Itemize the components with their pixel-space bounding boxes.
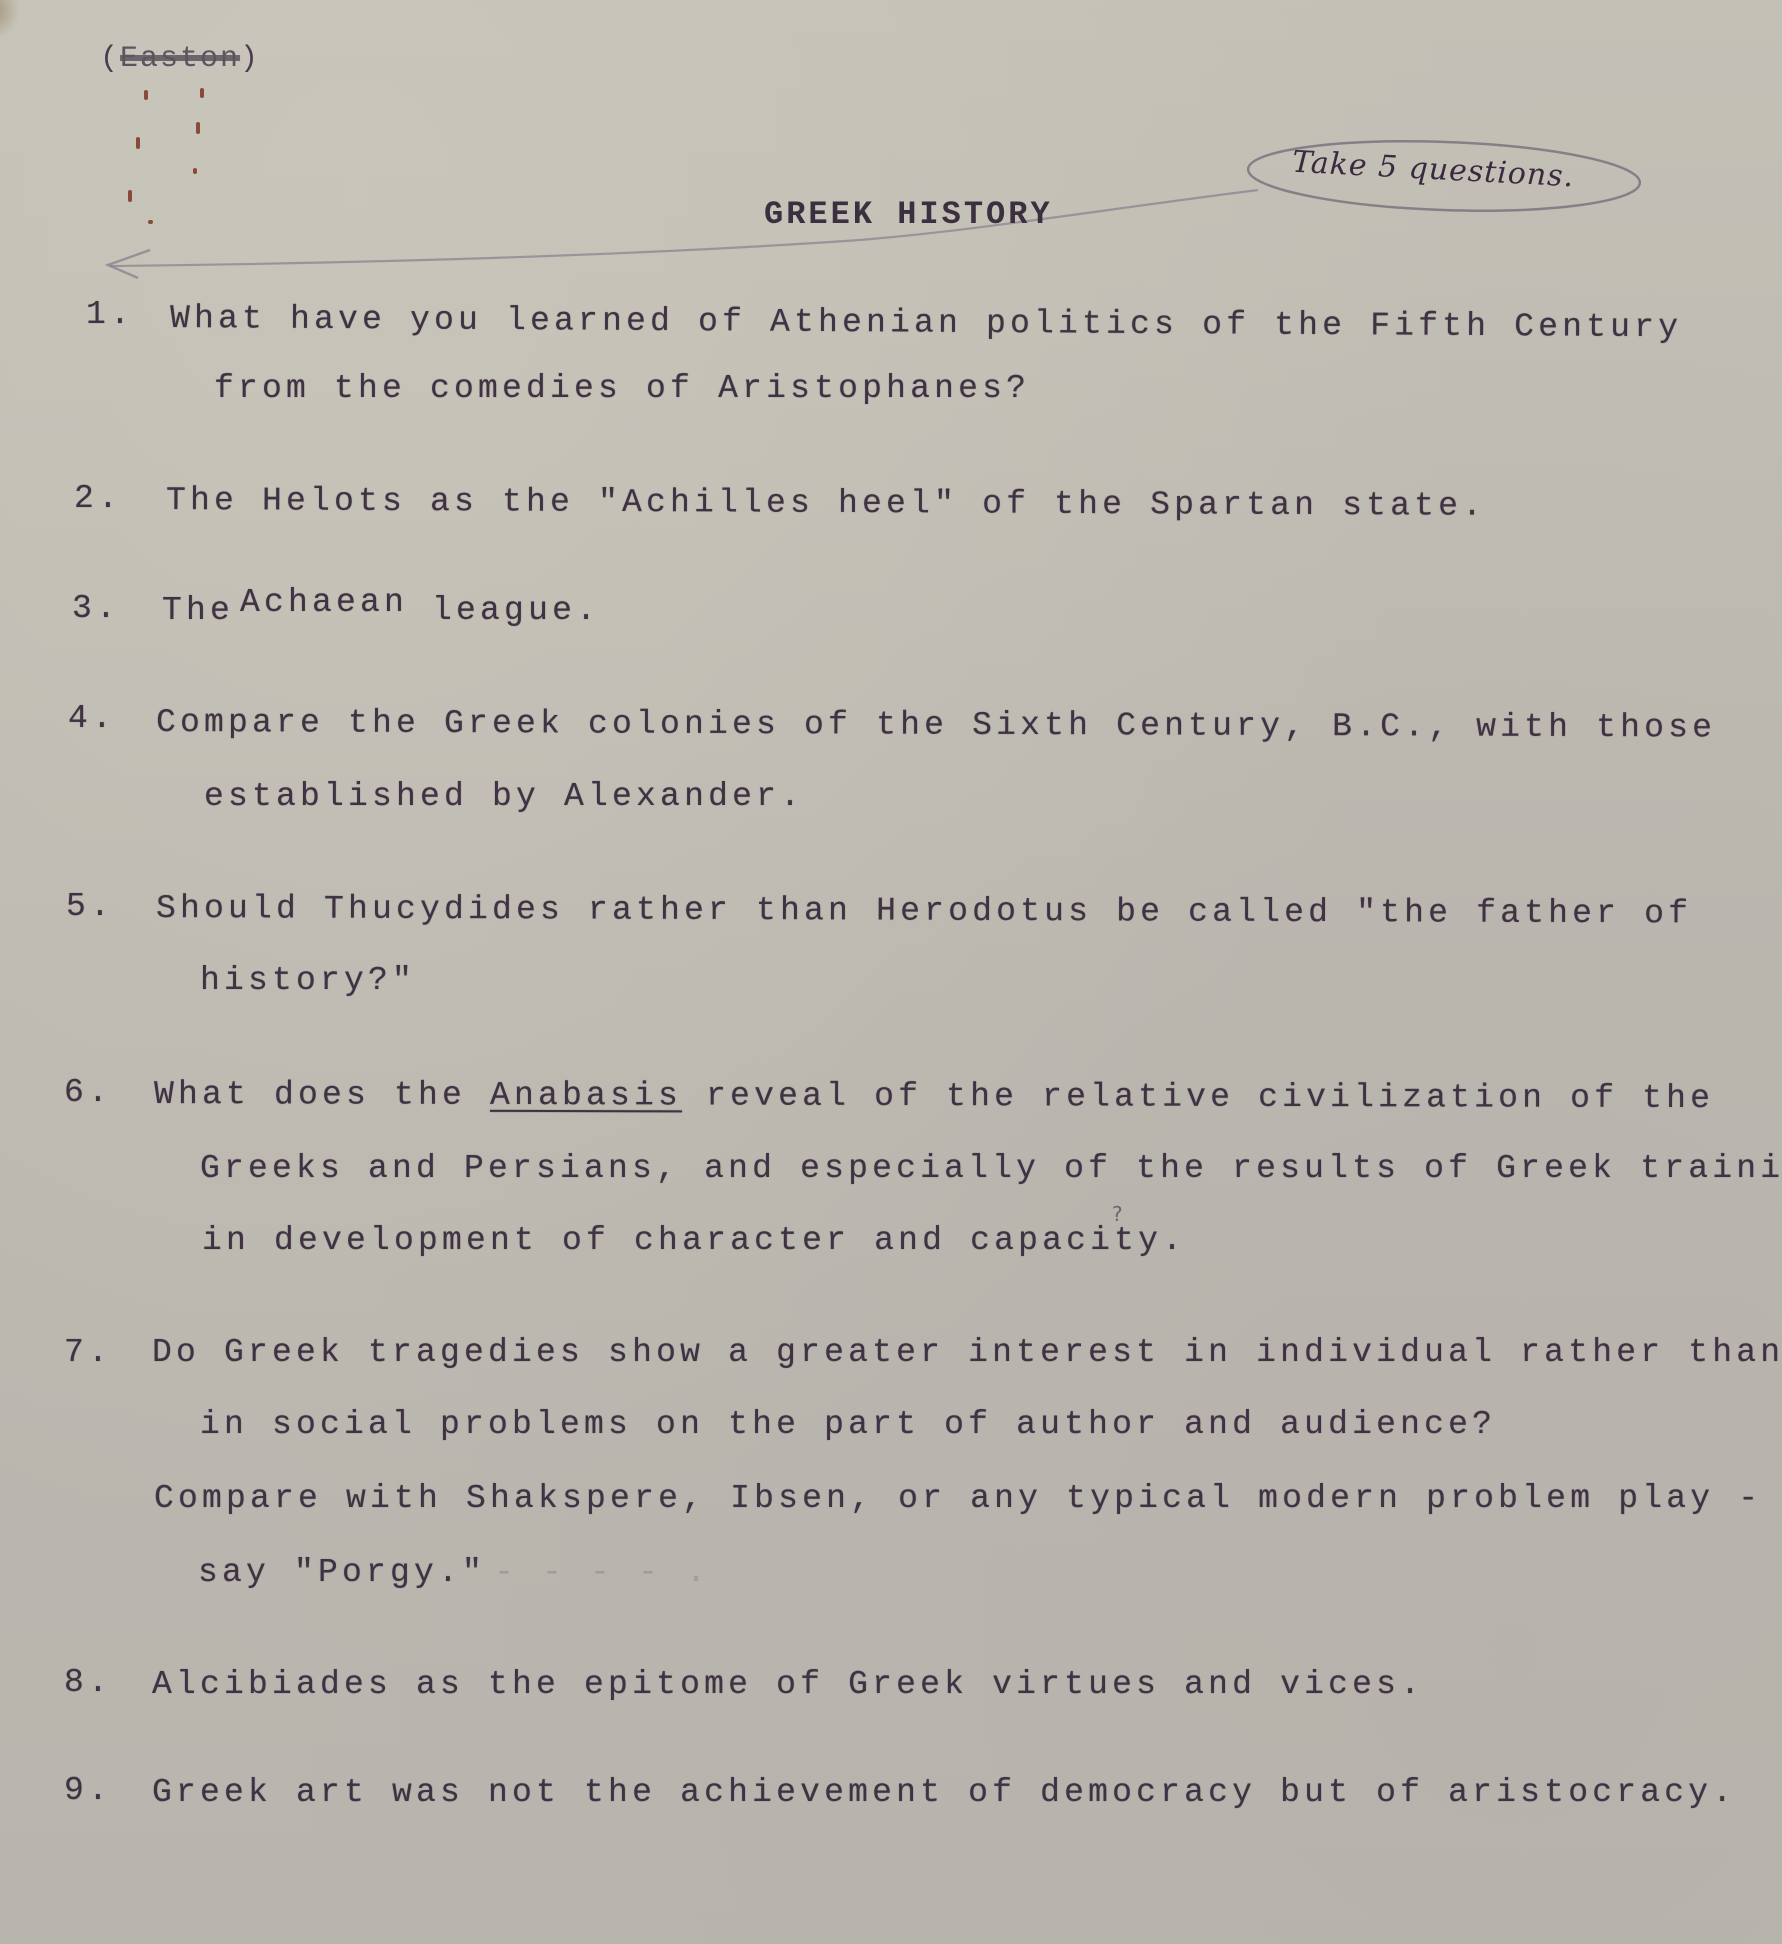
question-number: 2. bbox=[74, 482, 122, 515]
question-text-after: reveal of the relative civilization of t… bbox=[682, 1077, 1714, 1117]
red-tick-mark bbox=[200, 88, 204, 98]
question-number: 8. bbox=[64, 1666, 112, 1699]
question-line: What does the Anabasis reveal of the rel… bbox=[154, 1078, 1714, 1115]
question-line: Do Greek tragedies show a greater intere… bbox=[152, 1336, 1782, 1369]
margin-question-mark: ? bbox=[1112, 1202, 1123, 1226]
question-text-raised: Achaean bbox=[240, 584, 408, 621]
question-line: Greek art was not the achievement of dem… bbox=[152, 1776, 1736, 1809]
red-tick-mark bbox=[128, 190, 132, 202]
red-tick-mark bbox=[193, 168, 197, 174]
header-close-paren: ) bbox=[240, 42, 260, 76]
document-title: GREEK HISTORY bbox=[764, 196, 1053, 233]
header-open-paren: ( bbox=[100, 42, 120, 76]
question-number: 6. bbox=[64, 1076, 112, 1109]
red-tick-mark bbox=[144, 90, 148, 100]
question-line: Alcibiades as the epitome of Greek virtu… bbox=[152, 1668, 1424, 1701]
question-text: say "Porgy." bbox=[198, 1554, 486, 1591]
question-number: 7. bbox=[64, 1336, 112, 1369]
question-line: in development of character and capacity… bbox=[202, 1224, 1186, 1257]
question-number: 3. bbox=[72, 592, 120, 625]
question-number: 5. bbox=[66, 890, 114, 923]
question-text-after: league. bbox=[408, 592, 600, 629]
scanned-document-page: (Easton) Take 5 questions. GREEK HISTORY… bbox=[0, 0, 1782, 1944]
underlined-title-anabasis: Anabasis bbox=[490, 1077, 682, 1115]
question-line: TheAchaean league. bbox=[162, 594, 600, 627]
handwritten-note: Take 5 questions. bbox=[1291, 145, 1575, 195]
red-tick-mark bbox=[148, 220, 153, 224]
question-line: established by Alexander. bbox=[204, 780, 804, 813]
header-note: (Easton) bbox=[100, 42, 260, 76]
question-number: 4. bbox=[68, 702, 116, 735]
question-line: Compare with Shakspere, Ibsen, or any ty… bbox=[154, 1482, 1762, 1515]
corner-stain bbox=[0, 0, 20, 40]
question-line: The Helots as the "Achilles heel" of the… bbox=[166, 484, 1486, 523]
question-text-before: What does the bbox=[154, 1076, 490, 1114]
erased-fragment: - - - - . bbox=[494, 1554, 710, 1591]
question-line: in social problems on the part of author… bbox=[200, 1408, 1496, 1441]
question-number: 9. bbox=[64, 1774, 112, 1807]
question-line: Should Thucydides rather than Herodotus … bbox=[156, 892, 1692, 930]
question-line: say "Porgy."- - - - . bbox=[198, 1556, 710, 1589]
question-text-before: The bbox=[162, 592, 234, 629]
question-line: from the comedies of Aristophanes? bbox=[214, 372, 1030, 405]
question-line: Greeks and Persians, and especially of t… bbox=[200, 1152, 1782, 1185]
question-number: 1. bbox=[86, 298, 134, 331]
question-line: history?" bbox=[200, 964, 416, 997]
pencil-arrow-head bbox=[108, 250, 150, 278]
question-line: What have you learned of Athenian politi… bbox=[170, 302, 1682, 344]
red-tick-mark bbox=[196, 122, 200, 134]
header-struck-name: Easton bbox=[120, 42, 240, 76]
question-line: Compare the Greek colonies of the Sixth … bbox=[156, 706, 1716, 744]
red-tick-mark bbox=[136, 137, 140, 149]
pencil-arrow-line bbox=[110, 190, 1258, 266]
